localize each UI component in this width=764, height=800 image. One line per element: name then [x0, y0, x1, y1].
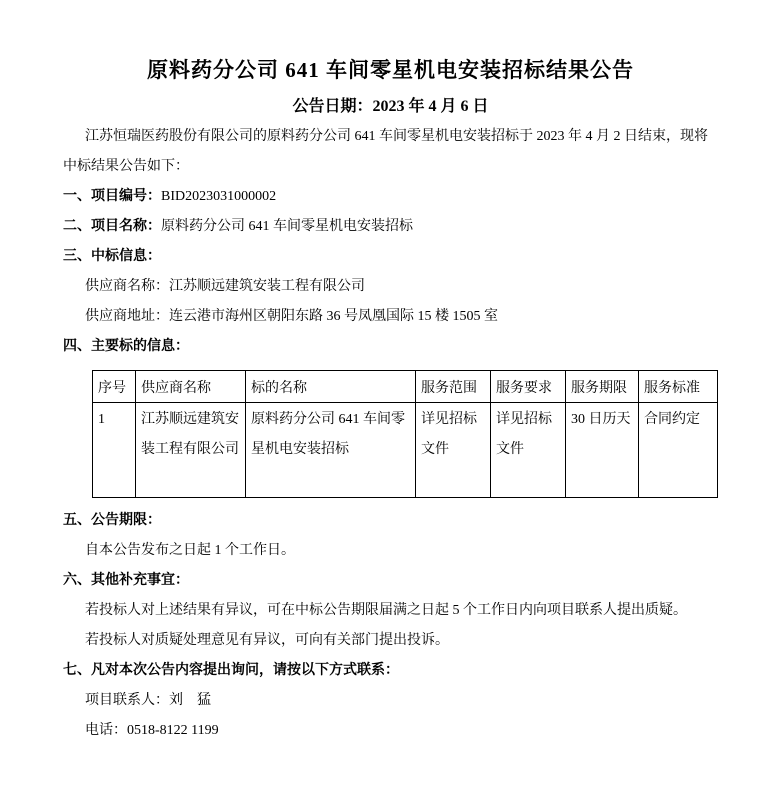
- announcement-page: 原料药分公司 641 车间零星机电安装招标结果公告 公告日期：2023 年 4 …: [0, 0, 764, 800]
- contact-person-line: 项目联系人：刘 猛: [63, 686, 718, 716]
- section-5-heading: 五、公告期限：: [63, 506, 718, 536]
- section-3-heading: 三、中标信息：: [63, 242, 718, 272]
- header-cell-scope: 服务范围: [416, 371, 491, 403]
- intro-paragraph: 江苏恒瑞医药股份有限公司的原料药分公司 641 车间零星机电安装招标于 2023…: [63, 122, 718, 182]
- header-cell-supplier: 供应商名称: [136, 371, 246, 403]
- cell-subject: 原料药分公司 641 车间零星机电安装招标: [246, 403, 416, 498]
- header-cell-requirements: 服务要求: [491, 371, 566, 403]
- section-1-label: 一、项目编号：: [63, 189, 161, 204]
- cell-seq: 1: [93, 403, 136, 498]
- table-row: 1 江苏顺远建筑安装工程有限公司 原料药分公司 641 车间零星机电安装招标 详…: [93, 403, 718, 498]
- project-number-value: BID2023031000002: [161, 189, 276, 204]
- cell-standard: 合同约定: [639, 403, 718, 498]
- supplier-address-line: 供应商地址：连云港市海州区朝阳东路 36 号凤凰国际 15 楼 1505 室: [63, 302, 718, 332]
- section-2-project-name: 二、项目名称：原料药分公司 641 车间零星机电安装招标: [63, 212, 718, 242]
- supplier-name-line: 供应商名称：江苏顺远建筑安装工程有限公司: [63, 272, 718, 302]
- header-cell-subject: 标的名称: [246, 371, 416, 403]
- section-6-heading: 六、其他补充事宜：: [63, 566, 718, 596]
- section-7-heading: 七、凡对本次公告内容提出询问，请按以下方式联系：: [63, 656, 718, 686]
- header-cell-standard: 服务标准: [639, 371, 718, 403]
- cell-supplier: 江苏顺远建筑安装工程有限公司: [136, 403, 246, 498]
- header-cell-duration: 服务期限: [566, 371, 639, 403]
- header-cell-seq: 序号: [93, 371, 136, 403]
- cell-scope: 详见招标文件: [416, 403, 491, 498]
- announcement-date: 公告日期：2023 年 4 月 6 日: [63, 92, 718, 122]
- section-4-heading: 四、主要标的信息：: [63, 332, 718, 362]
- bid-results-table: 序号 供应商名称 标的名称 服务范围 服务要求 服务期限 服务标准 1 江苏顺远…: [92, 370, 718, 498]
- objection-line-1: 若投标人对上述结果有异议，可在中标公告期限届满之日起 5 个工作日内向项目联系人…: [63, 596, 718, 626]
- cell-duration: 30 日历天: [566, 403, 639, 498]
- page-title: 原料药分公司 641 车间零星机电安装招标结果公告: [63, 54, 718, 86]
- project-name-value: 原料药分公司 641 车间零星机电安装招标: [161, 219, 413, 234]
- objection-line-2: 若投标人对质疑处理意见有异议，可向有关部门提出投诉。: [63, 626, 718, 656]
- table-header-row: 序号 供应商名称 标的名称 服务范围 服务要求 服务期限 服务标准: [93, 371, 718, 403]
- contact-phone-line: 电话：0518-8122 1199: [63, 716, 718, 746]
- section-1-project-number: 一、项目编号：BID2023031000002: [63, 182, 718, 212]
- announcement-period-line: 自本公告发布之日起 1 个工作日。: [63, 536, 718, 566]
- cell-requirements: 详见招标文件: [491, 403, 566, 498]
- section-2-label: 二、项目名称：: [63, 219, 161, 234]
